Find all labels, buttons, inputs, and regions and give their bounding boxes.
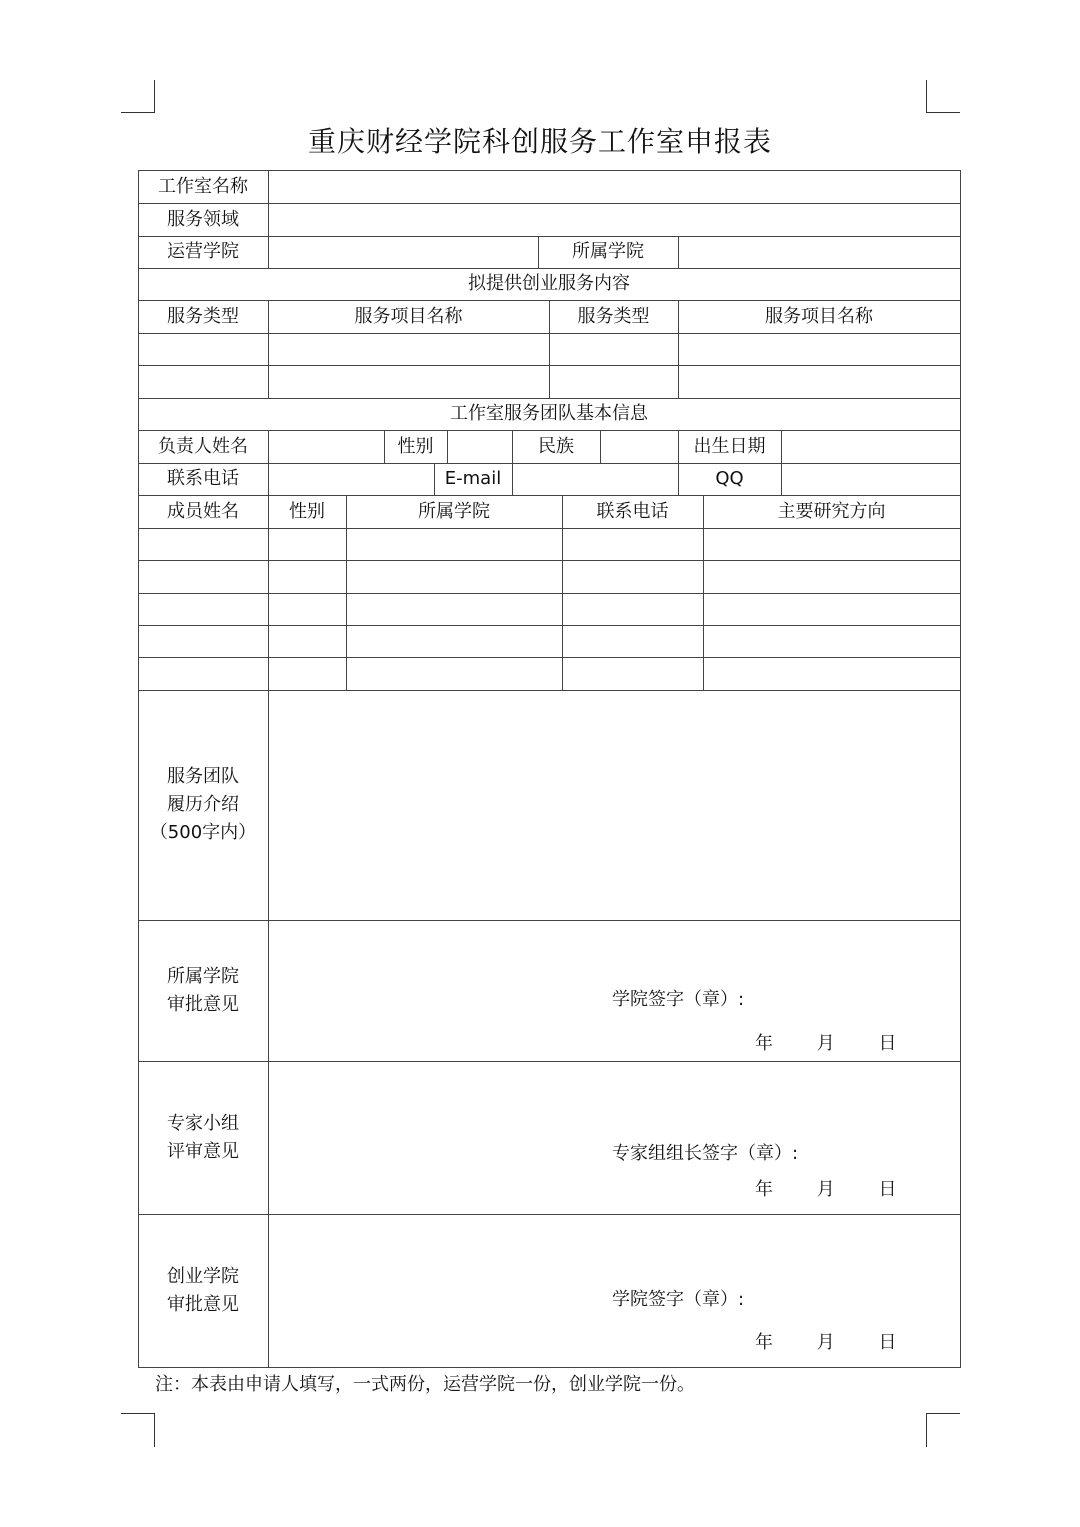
phone-field[interactable] [269,464,434,495]
expert-review-label-line: 评审意见 [167,1138,239,1166]
month-label: 月 [817,1328,835,1354]
service-domain-label: 服务领域 [138,203,268,236]
member-row-5[interactable] [139,658,960,690]
college-signature-label: 学院签字（章）: [612,985,744,1011]
page-title: 重庆财经学院科创服务工作室申报表 [0,120,1080,160]
startup-review-date: 年 月 日 [755,1328,896,1354]
member-college-header: 所属学院 [346,495,562,528]
startup-review-label: 创业学院 审批意见 [138,1214,268,1367]
crop-mark-top-left [154,80,155,113]
crop-mark-bottom-left [154,1413,155,1447]
resume-label-line: 服务团队 [167,763,239,791]
crop-mark-bottom-right [926,1413,927,1447]
studio-name-label: 工作室名称 [138,170,268,203]
service-item-name-header: 服务项目名称 [678,300,960,333]
service-row-1[interactable] [139,334,960,365]
expert-signature-label: 专家组组长签字（章）: [612,1139,798,1165]
expert-review-label-line: 专家小组 [167,1110,239,1138]
college-review-label: 所属学院 审批意见 [138,920,268,1061]
studio-name-field[interactable] [269,171,960,203]
services-section-heading: 拟提供创业服务内容 [138,268,960,300]
year-label: 年 [755,1029,773,1055]
affiliated-college-label: 所属学院 [538,236,678,268]
service-type-header: 服务类型 [549,300,678,333]
leader-ethnicity-label: 民族 [512,430,600,463]
resume-textarea[interactable] [269,691,960,920]
member-research-header: 主要研究方向 [703,495,960,528]
month-label: 月 [817,1029,835,1055]
crop-mark-top-right [926,80,927,113]
leader-gender-label: 性别 [384,430,447,463]
day-label: 日 [878,1175,896,1201]
startup-review-label-line: 审批意见 [167,1291,239,1319]
member-row-1[interactable] [139,529,960,560]
leader-name-field[interactable] [269,431,384,463]
leader-birthdate-label: 出生日期 [678,430,781,463]
footnote: 注：本表由申请人填写，一式两份，运营学院一份，创业学院一份。 [155,1370,695,1396]
phone-label: 联系电话 [138,463,268,495]
operating-college-label: 运营学院 [138,236,268,268]
startup-review-label-line: 创业学院 [167,1263,239,1291]
year-label: 年 [755,1328,773,1354]
year-label: 年 [755,1175,773,1201]
leader-gender-field[interactable] [448,431,512,463]
month-label: 月 [817,1175,835,1201]
member-row-3[interactable] [139,594,960,625]
resume-label: 服务团队 履历介绍 （500字内） [138,690,268,920]
operating-college-field[interactable] [269,237,538,268]
crop-mark-top-left [121,112,155,113]
leader-birthdate-field[interactable] [782,431,960,463]
college-review-label-line: 审批意见 [167,991,239,1019]
service-domain-field[interactable] [269,204,960,236]
expert-review-date: 年 月 日 [755,1175,896,1201]
leader-ethnicity-field[interactable] [601,431,678,463]
day-label: 日 [878,1029,896,1055]
member-row-4[interactable] [139,626,960,657]
service-type-header: 服务类型 [138,300,268,333]
day-label: 日 [878,1328,896,1354]
member-row-2[interactable] [139,561,960,593]
email-label: E-mail [434,463,512,495]
team-section-heading: 工作室服务团队基本信息 [138,398,960,430]
crop-mark-bottom-left [121,1413,155,1414]
resume-label-line: （500字内） [150,819,256,847]
resume-label-line: 履历介绍 [167,791,239,819]
leader-name-label: 负责人姓名 [138,430,268,463]
expert-review-label: 专家小组 评审意见 [138,1061,268,1214]
startup-signature-label: 学院签字（章）: [612,1285,744,1311]
email-field[interactable] [513,464,678,495]
member-name-header: 成员姓名 [138,495,268,528]
service-row-2[interactable] [139,366,960,398]
member-gender-header: 性别 [268,495,346,528]
qq-field[interactable] [782,464,960,495]
crop-mark-top-right [926,112,960,113]
college-review-label-line: 所属学院 [167,963,239,991]
qq-label: QQ [678,463,781,495]
member-phone-header: 联系电话 [562,495,703,528]
college-review-date: 年 月 日 [755,1029,896,1055]
crop-mark-bottom-right [926,1413,960,1414]
affiliated-college-field[interactable] [679,237,960,268]
service-item-name-header: 服务项目名称 [268,300,549,333]
